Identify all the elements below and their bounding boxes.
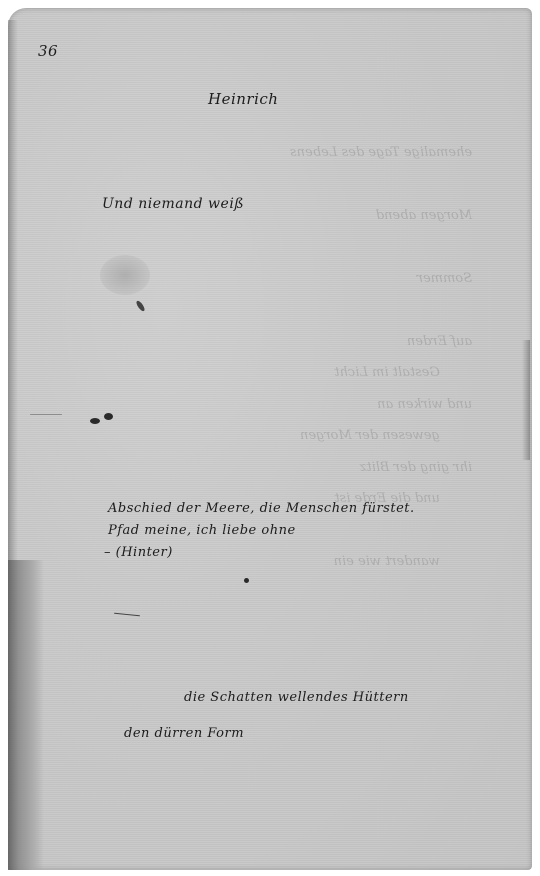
left-edge-shadow-upper: [8, 20, 18, 560]
smudge-upper: [100, 255, 150, 295]
page-number: 36: [38, 42, 58, 60]
closing-line: den dürren Form: [124, 726, 244, 741]
verse-block: Abschied der Meere, die Menschen fürstet…: [108, 498, 415, 564]
verse-line: Pfad meine, ich liebe ohne: [108, 520, 415, 542]
ink-mark-left: [30, 414, 62, 415]
ink-blot-left-1: [90, 418, 100, 424]
verse-line: Abschied der Meere, die Menschen fürstet…: [108, 498, 415, 520]
verse-line: – (Hinter): [104, 542, 415, 564]
opening-line: Und niemand weiß: [102, 196, 244, 212]
ink-blot-left-2: [104, 413, 113, 420]
page-title: Heinrich: [208, 90, 278, 108]
bleed-through-middle: Gestalt im Licht gewesen der Morgen und …: [300, 320, 440, 614]
closing-line: die Schatten wellendes Hüttern: [184, 690, 409, 705]
ink-dot: [244, 578, 249, 583]
scan-canvas: ehemalige Tage des Lebens Morgen abend S…: [0, 0, 540, 876]
left-edge-damage: [8, 560, 44, 870]
right-edge-stain: [522, 340, 530, 460]
